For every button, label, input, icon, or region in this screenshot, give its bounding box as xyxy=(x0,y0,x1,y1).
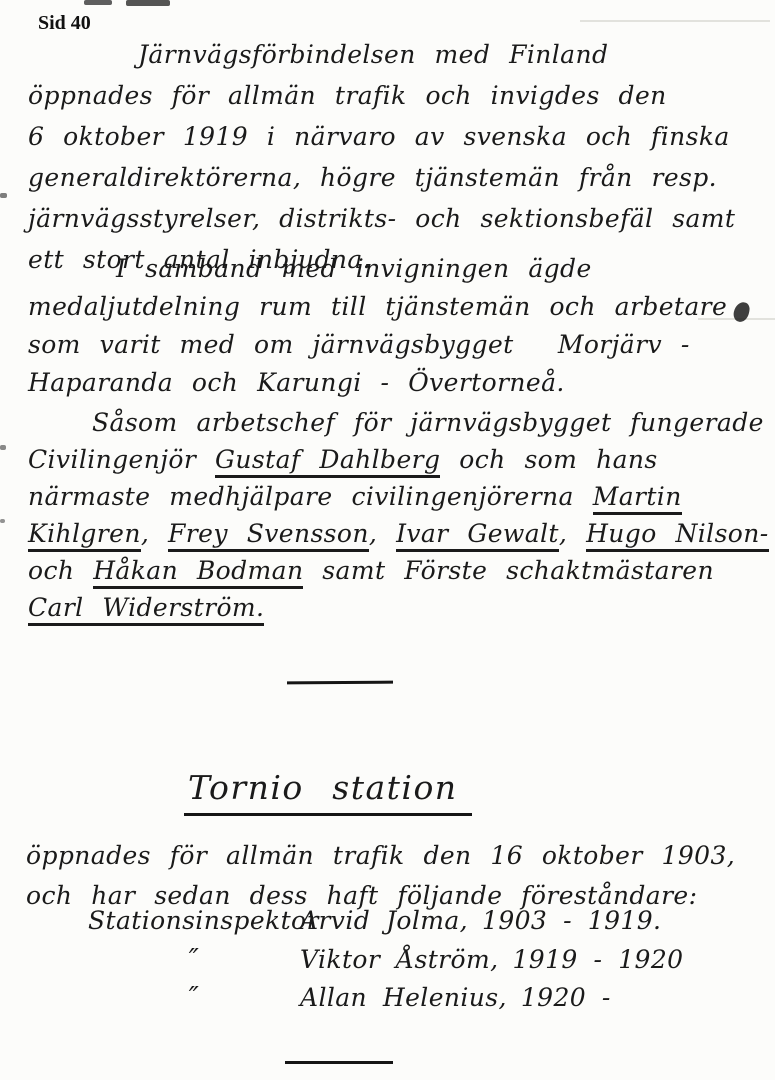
underlined-name: Hugo Nilson- xyxy=(586,519,769,552)
faint-ruled-line xyxy=(580,20,770,22)
underlined-name: Martin xyxy=(593,482,682,515)
scan-artifact xyxy=(126,0,170,6)
handwritten-line: som varit med om järnvägsbygget Morjärv … xyxy=(28,326,764,364)
handwritten-line: järnvägsstyrelser, distrikts- och sektio… xyxy=(28,198,764,239)
text-segment: , xyxy=(369,519,396,548)
text-segment: Civilingenjör xyxy=(28,445,215,474)
paragraph-medal-ceremony: I samband med invigningen ägde medaljutd… xyxy=(28,250,764,402)
station-master-years: 1919 - 1920 xyxy=(512,945,683,974)
station-master-name: Arvid Jolma, xyxy=(300,906,468,935)
page-number: Sid 40 xyxy=(38,12,91,35)
handwritten-line: generaldirektörerna, högre tjänstemän fr… xyxy=(28,157,764,198)
scan-artifact xyxy=(0,445,6,450)
station-masters-list: StationsinspektorArvid Jolma,1903 - 1919… xyxy=(88,906,683,1020)
scanned-handwritten-page: Sid 40 Järnvägsförbindelsen med Finland … xyxy=(0,0,775,1080)
text-segment: samt Förste schaktmästaren xyxy=(303,556,714,585)
station-master-row: ″Allan Helenius,1920 - xyxy=(88,982,683,1020)
section-heading-tornio: Tornio station xyxy=(184,768,472,807)
underlined-name: Ivar Gewalt xyxy=(396,519,559,552)
scan-artifact xyxy=(0,193,7,198)
underlined-name: Kihlgren xyxy=(28,519,141,552)
text-segment: närmaste medhjälpare civilingenjörerna xyxy=(28,482,593,511)
underlined-name: Carl Widerström. xyxy=(28,593,264,626)
handwritten-line: medaljutdelning rum till tjänstemän och … xyxy=(28,288,764,326)
handwritten-line: Såsom arbetschef för järnvägsbygget fung… xyxy=(28,404,764,441)
text-segment: , xyxy=(141,519,168,548)
section-divider xyxy=(287,681,393,685)
text-segment: och xyxy=(28,556,93,585)
station-master-years: 1920 - xyxy=(521,983,611,1012)
underlined-name: Gustaf Dahlberg xyxy=(215,445,440,478)
text-segment: , xyxy=(559,519,586,548)
ditto-mark: ″ xyxy=(88,944,300,975)
station-master-row: ″Viktor Åström,1919 - 1920 xyxy=(88,944,683,982)
station-master-name: Allan Helenius, xyxy=(300,983,507,1012)
text-segment: Såsom arbetschef för järnvägsbygget fung… xyxy=(92,408,764,437)
station-master-row: StationsinspektorArvid Jolma,1903 - 1919… xyxy=(88,906,683,944)
handwritten-line: Civilingenjör Gustaf Dahlberg och som ha… xyxy=(28,441,764,478)
handwritten-line: Kihlgren, Frey Svensson, Ivar Gewalt, Hu… xyxy=(28,515,764,552)
scan-artifact xyxy=(0,519,5,523)
handwritten-line: Järnvägsförbindelsen med Finland xyxy=(28,34,764,75)
section-divider xyxy=(285,1061,393,1064)
handwritten-line: öppnades för allmän trafik den 16 oktobe… xyxy=(26,836,762,876)
handwritten-line: Carl Widerström. xyxy=(28,589,764,626)
underlined-name: Frey Svensson xyxy=(168,519,369,552)
paragraph-construction-staff: Såsom arbetschef för järnvägsbygget fung… xyxy=(28,404,764,626)
paragraph-finland-connection: Järnvägsförbindelsen med Finland öppnade… xyxy=(28,34,764,280)
underlined-name: Håkan Bodman xyxy=(93,556,303,589)
ditto-mark: ″ xyxy=(88,982,300,1013)
handwritten-line: Haparanda och Karungi - Övertorneå. xyxy=(28,364,764,402)
handwritten-line: öppnades för allmän trafik och invigdes … xyxy=(28,75,764,116)
text-segment: och som hans xyxy=(440,445,657,474)
heading-text: Tornio station xyxy=(184,768,472,816)
handwritten-line: 6 oktober 1919 i närvaro av svenska och … xyxy=(28,116,764,157)
handwritten-line: I samband med invigningen ägde xyxy=(28,250,764,288)
scan-artifact xyxy=(84,0,112,5)
paragraph-tornio-intro: öppnades för allmän trafik den 16 oktobe… xyxy=(26,836,762,916)
handwritten-line: och Håkan Bodman samt Förste schaktmästa… xyxy=(28,552,764,589)
station-master-name: Viktor Åström, xyxy=(300,945,498,974)
handwritten-line: närmaste medhjälpare civilingenjörerna M… xyxy=(28,478,764,515)
station-master-years: 1903 - 1919. xyxy=(482,906,661,935)
station-master-title: Stationsinspektor xyxy=(88,906,300,935)
